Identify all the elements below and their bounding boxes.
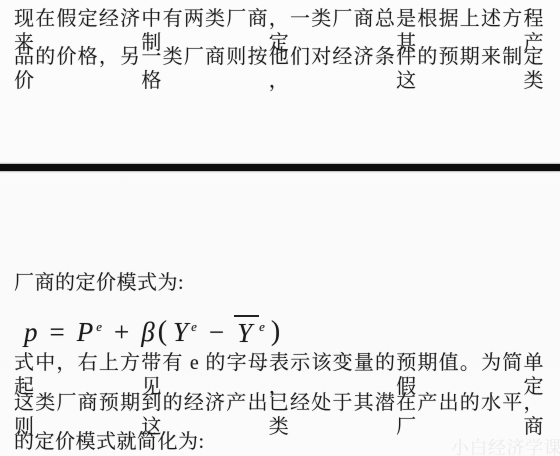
formula-beta: β bbox=[141, 315, 154, 349]
pricing-equation: p = P e + β ( Y e − Y e ) bbox=[24, 305, 280, 349]
formula-P-sup-e: e bbox=[96, 320, 102, 333]
formula-Y-bar: Y bbox=[234, 315, 259, 349]
watermark-text: 小白经济学课 bbox=[451, 434, 560, 456]
formula-P: P bbox=[77, 315, 94, 349]
formula-Y: Y bbox=[173, 315, 188, 349]
formula-plus: + bbox=[114, 315, 129, 349]
document-page: 现在假定经济中有两类厂商，一类厂商总是根据上述方程来制定其产 品的价格，另一类厂… bbox=[0, 0, 560, 456]
formula-minus: − bbox=[209, 315, 224, 349]
formula-lparen: ( bbox=[158, 315, 167, 349]
formula-equals: = bbox=[50, 315, 65, 349]
formula-Ybar-sup-e: e bbox=[259, 320, 265, 333]
section-divider-bar bbox=[0, 164, 560, 171]
formula-Y-bar-letter: Y bbox=[237, 318, 252, 349]
paragraph-top-line-2: 品的价格，另一类厂商则按他们对经济条件的预期来制定价格，这类 bbox=[14, 45, 544, 93]
pricing-model-intro: 厂商的定价模式为: bbox=[14, 271, 544, 295]
formula-rparen: ) bbox=[271, 315, 280, 349]
formula-p: p bbox=[24, 315, 38, 349]
formula-Y-sup-e: e bbox=[191, 320, 197, 333]
